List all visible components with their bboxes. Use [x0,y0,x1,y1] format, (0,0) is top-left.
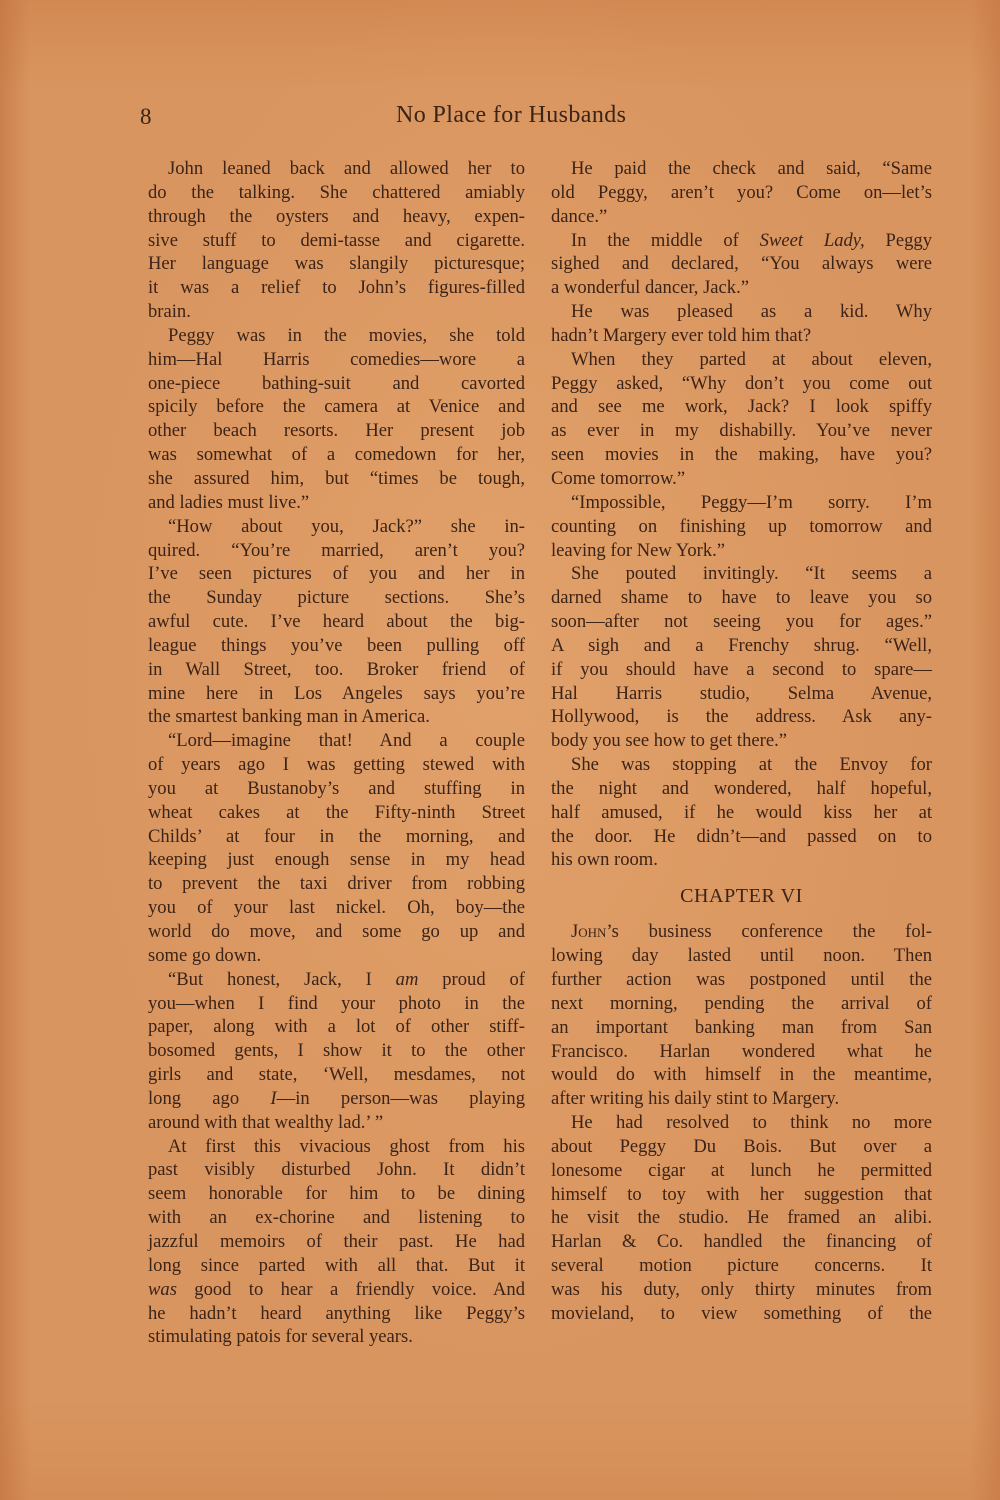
text-line: seem honorable for him to be dining [148,1182,525,1206]
text-line: as ever in my dishabilly. You’ve never [551,419,932,443]
text-line: Hollywood, is the address. Ask any- [551,705,932,729]
text-line: she assured him, but “times be tough, [148,467,525,491]
text-line: next morning, pending the arrival of [551,992,932,1016]
text-line: of years ago I was getting stewed with [148,753,525,777]
text-line: hadn’t Margery ever told him that? [551,324,932,348]
chapter-heading: CHAPTER VI [551,872,932,920]
text-line: awful cute. I’ve heard about the big- [148,610,525,634]
text-line: movieland, to view something of the [551,1302,932,1326]
text-line: if you should have a second to spare— [551,658,932,682]
text-line: you—when I find your photo in the [148,992,525,1016]
text-line: bosomed gents, I show it to the other [148,1039,525,1063]
text-line: wheat cakes at the Fifty-ninth Street [148,801,525,825]
running-head: No Place for Husbands [396,102,626,129]
text-line: “Impossible, Peggy—I’m sorry. I’m [551,491,932,515]
text-line: long since parted with all that. But it [148,1254,525,1278]
text-line: brain. [148,300,525,324]
text-line: Harlan & Co. handled the financing of [551,1230,932,1254]
text-line: paper, along with a lot of other stiff- [148,1015,525,1039]
text-line: was somewhat of a comedown for her, [148,443,525,467]
text-line: long ago I—in person—was playing [148,1087,525,1111]
text-line: him—Hal Harris comedies—wore a [148,348,525,372]
text-line: further action was postponed until the [551,968,932,992]
text-line: John’s business conference the fol- [551,920,932,944]
text-line: the smartest banking man in America. [148,705,525,729]
right-column: He paid the check and said, “Sameold Peg… [551,157,932,1326]
text-line: girls and state, ‘Well, mesdames, not [148,1063,525,1087]
text-line: leaving for New York.” [551,539,932,563]
text-line: several motion picture concerns. It [551,1254,932,1278]
text-line: some go down. [148,944,525,968]
text-line: an important banking man from San [551,1016,932,1040]
text-line: “But honest, Jack, I am proud of [148,968,525,992]
text-line: jazzful memoirs of their past. He had [148,1230,525,1254]
text-line: John leaned back and allowed her to [148,157,525,181]
text-line: darned shame to have to leave you so [551,586,932,610]
text-line: Peggy was in the movies, she told [148,324,525,348]
text-line: soon—after not seeing you for ages.” [551,610,932,634]
text-line: through the oysters and heavy, expen- [148,205,525,229]
text-line: Come tomorrow.” [551,467,932,491]
text-line: A sigh and a Frenchy shrug. “Well, [551,634,932,658]
text-line: body you see how to get there.” [551,729,932,753]
text-line: about Peggy Du Bois. But over a [551,1135,932,1159]
page-number: 8 [140,104,152,130]
text-line: he visit the studio. He framed an alibi. [551,1206,932,1230]
text-line: Peggy asked, “Why don’t you come out [551,372,932,396]
text-line: with an ex-chorine and listening to [148,1206,525,1230]
text-line: quired. “You’re married, aren’t you? [148,539,525,563]
text-line: In the middle of Sweet Lady, Peggy [551,229,932,253]
text-line: a wonderful dancer, Jack.” [551,276,932,300]
text-line: spicily before the camera at Venice and [148,395,525,419]
text-line: other beach resorts. Her present job [148,419,525,443]
text-line: Francisco. Harlan wondered what he [551,1040,932,1064]
text-line: He had resolved to think no more [551,1111,932,1135]
text-line: to prevent the taxi driver from robbing [148,872,525,896]
left-column: John leaned back and allowed her todo th… [148,157,525,1349]
text-line: and see me work, Jack? I look spiffy [551,395,932,419]
text-line: half amused, if he would kiss her at [551,801,932,825]
text-line: the door. He didn’t—and passed on to [551,825,932,849]
text-line: stimulating patois for several years. [148,1325,525,1349]
text-line: He was pleased as a kid. Why [551,300,932,324]
text-line: lonesome cigar at lunch he permitted [551,1159,932,1183]
text-line: He paid the check and said, “Same [551,157,932,181]
italic-text: I [270,1088,276,1109]
text-line: “How about you, Jack?” she in- [148,515,525,539]
text-line: Her language was slangily picturesque; [148,252,525,276]
text-line: Childs’ at four in the morning, and [148,825,525,849]
text-line: would do with himself in the meantime, [551,1063,932,1087]
text-line: She pouted invitingly. “It seems a [551,562,932,586]
text-line: you of your last nickel. Oh, boy—the [148,896,525,920]
text-line: one-piece bathing-suit and cavorted [148,372,525,396]
text-line: the night and wondered, half hopeful, [551,777,932,801]
text-line: I’ve seen pictures of you and her in [148,562,525,586]
text-line: after writing his daily stint to Margery… [551,1087,932,1111]
text-line: you at Bustanoby’s and stuffing in [148,777,525,801]
text-line: seen movies in the making, have you? [551,443,932,467]
text-line: world do move, and some go up and [148,920,525,944]
text-line: he hadn’t heard anything like Peggy’s [148,1302,525,1326]
text-line: She was stopping at the Envoy for [551,753,932,777]
text-line: mine here in Los Angeles says you’re [148,682,525,706]
text-line: “Lord—imagine that! And a couple [148,729,525,753]
text-line: sighed and declared, “You always were [551,252,932,276]
text-line: dance.” [551,205,932,229]
text-line: his own room. [551,848,932,872]
text-line: sive stuff to demi-tasse and cigarette. [148,229,525,253]
text-line: When they parted at about eleven, [551,348,932,372]
text-line: was his duty, only thirty minutes from [551,1278,932,1302]
text-line: around with that wealthy lad.’ ” [148,1111,525,1135]
text-line: do the talking. She chattered amiably [148,181,525,205]
text-line: in Wall Street, too. Broker friend of [148,658,525,682]
text-line: past visibly disturbed John. It didn’t [148,1158,525,1182]
italic-text: Sweet Lady, [760,230,865,251]
text-line: counting on finishing up tomorrow and [551,515,932,539]
text-line: Hal Harris studio, Selma Avenue, [551,682,932,706]
text-line: old Peggy, aren’t you? Come on—let’s [551,181,932,205]
small-caps-text: John [571,921,606,942]
italic-text: was [148,1279,177,1300]
text-line: league things you’ve been pulling off [148,634,525,658]
text-line: keeping just enough sense in my head [148,848,525,872]
text-line: was good to hear a friendly voice. And [148,1278,525,1302]
text-line: and ladies must live.” [148,491,525,515]
italic-text: am [396,969,419,990]
text-line: the Sunday picture sections. She’s [148,586,525,610]
text-line: lowing day lasted until noon. Then [551,944,932,968]
text-line: himself to toy with her suggestion that [551,1183,932,1207]
text-line: it was a relief to John’s figures-filled [148,276,525,300]
text-line: At first this vivacious ghost from his [148,1135,525,1159]
